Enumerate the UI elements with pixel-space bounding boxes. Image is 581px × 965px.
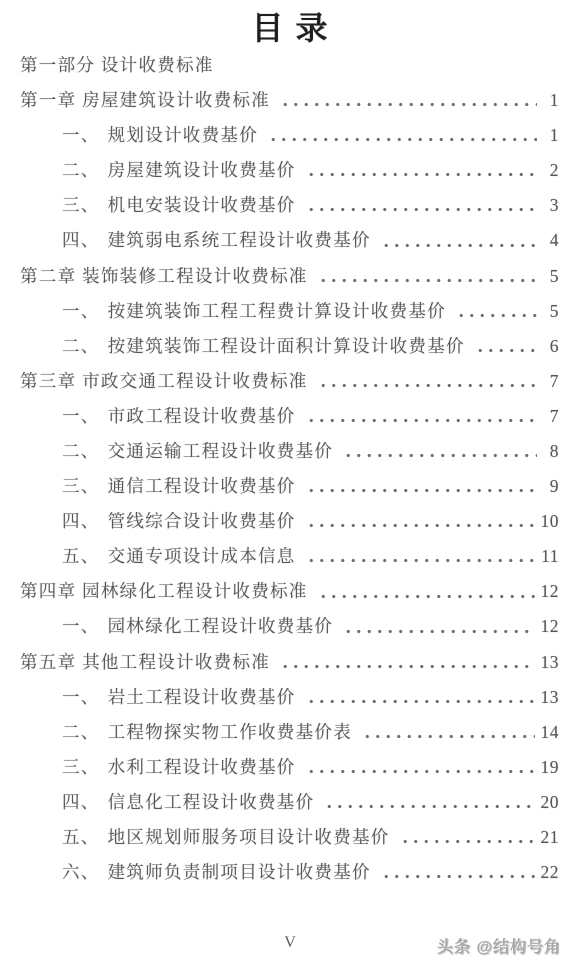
- toc-entry-page: 19: [541, 757, 560, 777]
- toc-entry-page: 14: [541, 722, 560, 742]
- toc-entry-number: 三、: [62, 476, 100, 496]
- toc-item-entry: 二、 按建筑装饰工程设计面积计算设计收费基价 6: [20, 329, 559, 364]
- toc-item-entry: 三、 通信工程设计收费基价 9: [20, 469, 559, 504]
- toc-entry-page: 12: [541, 616, 560, 636]
- toc-entry-label: 按建筑装饰工程设计面积计算设计收费基价: [108, 336, 465, 356]
- toc-entry-number: 四、: [62, 792, 100, 812]
- toc-entry-page: 10: [541, 511, 560, 531]
- toc-entry-number: 六、: [62, 862, 100, 882]
- toc-entry-number: 五、: [62, 546, 100, 566]
- toc-entry-label: 通信工程设计收费基价: [108, 476, 296, 496]
- toc-entry-number: 二、: [62, 722, 100, 742]
- toc-entry-page: 7: [543, 371, 559, 391]
- page-title: 目录: [20, 10, 559, 46]
- toc-entry-page: 2: [543, 160, 559, 180]
- toc-entry-label: 工程物探实物工作收费基价表: [108, 722, 352, 742]
- toc-entry-number: 三、: [62, 195, 100, 215]
- toc-chapter-entry: 第三章 市政交通工程设计收费标准 7: [20, 364, 559, 399]
- toc-entry-page: 5: [543, 301, 559, 321]
- toc-item-entry: 一、 按建筑装饰工程工程费计算设计收费基价 5: [20, 294, 559, 329]
- dot-leader: [400, 839, 535, 844]
- toc-entry-number: 五、: [62, 827, 100, 847]
- toc-chapter-entry: 第四章 园林绿化工程设计收费标准 12: [20, 574, 559, 609]
- toc-chapter-entry: 第二章 装饰装修工程设计收费标准 5: [20, 259, 559, 294]
- dot-leader: [343, 453, 537, 458]
- toc-entry-label: 第一部分 设计收费标准: [20, 55, 214, 75]
- dot-leader: [306, 488, 537, 493]
- toc-entry-label: 管线综合设计收费基价: [108, 511, 296, 531]
- dot-leader: [318, 594, 535, 599]
- toc-entry-page: 12: [541, 581, 560, 601]
- dot-leader: [362, 734, 534, 739]
- dot-leader: [381, 243, 537, 248]
- dot-leader: [280, 102, 537, 107]
- toc-item-entry: 五、 交通专项设计成本信息 11: [20, 539, 559, 574]
- toc-entry-label: 岩土工程设计收费基价: [108, 687, 296, 707]
- toc-item-entry: 一、 岩土工程设计收费基价 13: [20, 680, 559, 715]
- toc-item-entry: 三、 机电安装设计收费基价 3: [20, 188, 559, 223]
- toc-item-entry: 二、 房屋建筑设计收费基价 2: [20, 153, 559, 188]
- toc-entry-page: 13: [541, 687, 560, 707]
- toc-entry-page: 9: [543, 476, 559, 496]
- toc-entry-number: 二、: [62, 441, 100, 461]
- toc-entry-label: 水利工程设计收费基价: [108, 757, 296, 777]
- toc-entry-page: 1: [543, 125, 559, 145]
- toc-entry-page: 1: [543, 90, 559, 110]
- toc-entry-number: 一、: [62, 125, 100, 145]
- toc-item-entry: 三、 水利工程设计收费基价 19: [20, 750, 559, 785]
- toc-entry-number: 一、: [62, 616, 100, 636]
- dot-leader: [324, 804, 534, 809]
- toc-entry-page: 22: [541, 862, 560, 882]
- dot-leader: [268, 137, 537, 142]
- toc-chapter-entry: 第五章 其他工程设计收费标准 13: [20, 645, 559, 680]
- toc-entry-label: 第二章 装饰装修工程设计收费标准: [20, 266, 308, 286]
- toc-entry-number: 四、: [62, 511, 100, 531]
- toc-item-entry: 一、 园林绿化工程设计收费基价 12: [20, 610, 559, 645]
- toc-entry-label: 园林绿化工程设计收费基价: [108, 616, 334, 636]
- toc-entry-page: 7: [543, 406, 559, 426]
- toc-entry-label: 交通专项设计成本信息: [108, 546, 296, 566]
- dot-leader: [475, 348, 537, 353]
- toc-item-entry: 四、 管线综合设计收费基价 10: [20, 504, 559, 539]
- dot-leader: [318, 383, 537, 388]
- toc-page: 目录 第一部分 设计收费标准 第一章 房屋建筑设计收费标准 1 一、 规划设计收…: [0, 0, 581, 965]
- toc-entry-label: 第五章 其他工程设计收费标准: [20, 652, 270, 672]
- dot-leader: [306, 523, 535, 528]
- toc-entry-number: 一、: [62, 406, 100, 426]
- toc-item-entry: 一、 市政工程设计收费基价 7: [20, 399, 559, 434]
- toc-item-entry: 六、 建筑师负责制项目设计收费基价 22: [20, 855, 559, 890]
- toc-list: 第一部分 设计收费标准 第一章 房屋建筑设计收费标准 1 一、 规划设计收费基价…: [20, 48, 559, 890]
- toc-entry-label: 机电安装设计收费基价: [108, 195, 296, 215]
- toc-entry-number: 二、: [62, 160, 100, 180]
- toc-entry-page: 13: [541, 652, 560, 672]
- toc-entry-label: 房屋建筑设计收费基价: [108, 160, 296, 180]
- dot-leader: [306, 207, 537, 212]
- toc-entry-label: 市政工程设计收费基价: [108, 406, 296, 426]
- toc-entry-number: 三、: [62, 757, 100, 777]
- toc-item-entry: 四、 信息化工程设计收费基价 20: [20, 785, 559, 820]
- toc-entry-label: 第一章 房屋建筑设计收费标准: [20, 90, 270, 110]
- toc-item-entry: 二、 工程物探实物工作收费基价表 14: [20, 715, 559, 750]
- toc-item-entry: 四、 建筑弱电系统工程设计收费基价 4: [20, 223, 559, 258]
- toc-entry-page: 8: [543, 441, 559, 461]
- dot-leader: [343, 629, 534, 634]
- toc-part-heading: 第一部分 设计收费标准: [20, 48, 559, 83]
- toc-entry-label: 第四章 园林绿化工程设计收费标准: [20, 581, 308, 601]
- toc-chapter-entry: 第一章 房屋建筑设计收费标准 1: [20, 83, 559, 118]
- toc-entry-label: 按建筑装饰工程工程费计算设计收费基价: [108, 301, 446, 321]
- toc-entry-label: 第三章 市政交通工程设计收费标准: [20, 371, 308, 391]
- toc-entry-label: 地区规划师服务项目设计收费基价: [108, 827, 390, 847]
- watermark: 头条 @结构号角: [437, 934, 561, 957]
- toc-entry-page: 20: [541, 792, 560, 812]
- toc-entry-page: 5: [543, 266, 559, 286]
- toc-entry-page: 11: [541, 546, 559, 566]
- toc-entry-number: 一、: [62, 687, 100, 707]
- toc-entry-label: 建筑弱电系统工程设计收费基价: [108, 230, 371, 250]
- toc-entry-page: 3: [543, 195, 559, 215]
- dot-leader: [280, 664, 534, 669]
- toc-entry-number: 一、: [62, 301, 100, 321]
- toc-entry-number: 二、: [62, 336, 100, 356]
- dot-leader: [306, 769, 535, 774]
- toc-item-entry: 二、 交通运输工程设计收费基价 8: [20, 434, 559, 469]
- toc-entry-label: 规划设计收费基价: [108, 125, 258, 145]
- toc-item-entry: 一、 规划设计收费基价 1: [20, 118, 559, 153]
- toc-entry-number: 四、: [62, 230, 100, 250]
- dot-leader: [306, 699, 535, 704]
- dot-leader: [306, 558, 536, 563]
- toc-entry-label: 交通运输工程设计收费基价: [108, 441, 334, 461]
- dot-leader: [381, 874, 535, 879]
- toc-entry-label: 信息化工程设计收费基价: [108, 792, 315, 812]
- toc-item-entry: 五、 地区规划师服务项目设计收费基价 21: [20, 820, 559, 855]
- toc-entry-page: 21: [541, 827, 560, 847]
- toc-entry-page: 6: [543, 336, 559, 356]
- dot-leader: [456, 313, 537, 318]
- dot-leader: [306, 172, 537, 177]
- toc-entry-label: 建筑师负责制项目设计收费基价: [108, 862, 371, 882]
- dot-leader: [318, 278, 537, 283]
- toc-entry-page: 4: [543, 230, 559, 250]
- dot-leader: [306, 418, 537, 423]
